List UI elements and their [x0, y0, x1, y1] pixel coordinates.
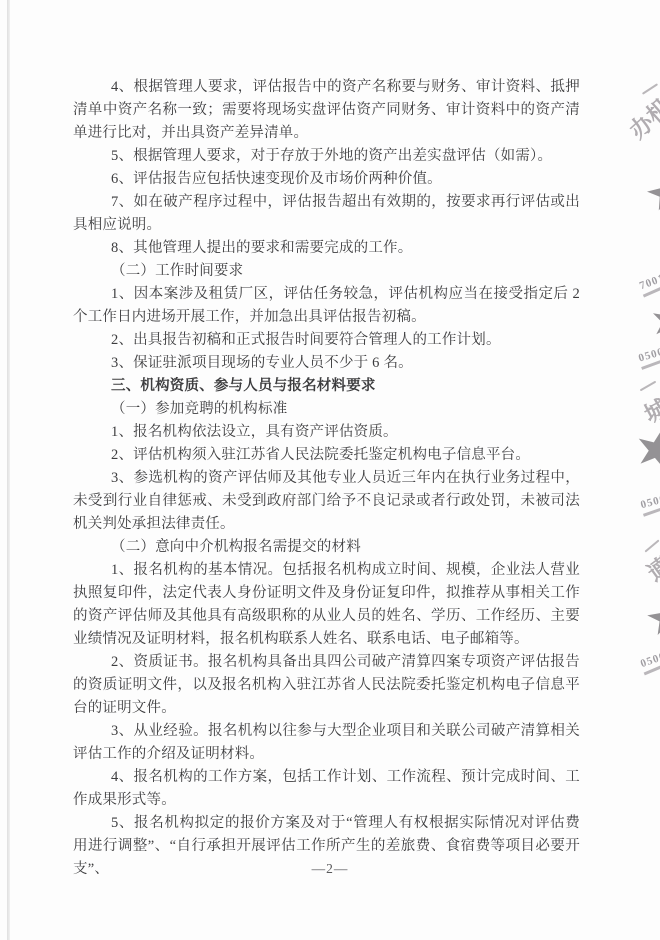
- seal-text-fragment: 城: [638, 390, 660, 430]
- body-paragraph: 3、从业经验。报名机构以往参与大型企业项目和关联公司破产清算相关评估工作的介绍及…: [73, 720, 580, 766]
- body-paragraph: 1、报名机构的基本情况。包括报名机构成立时间、规模，企业法人营业执照复印件，法定…: [73, 559, 580, 651]
- body-paragraph: 4、报名机构的工作方案，包括工作计划、工作流程、预计完成时间、工作成果形式等。: [73, 766, 580, 812]
- seal-text-fragment: 遖: [639, 547, 660, 587]
- body-paragraph: 5、根据管理人要求，对于存放于外地的资产出差实盘评估（如需）。: [73, 145, 580, 168]
- seal-serial-number: 7001: [638, 272, 660, 297]
- body-paragraph: 2、资质证书。报名机构具备出具四公司破产清算四案专项资产评估报告的资质证明文件，…: [73, 651, 580, 720]
- seal-star-icon: ★: [640, 166, 660, 222]
- document-body: 4、根据管理人要求，评估报告中的资产名称要与财务、审计资料、抵押清单中资产名称一…: [73, 76, 580, 881]
- body-paragraph: 4、根据管理人要求，评估报告中的资产名称要与财务、审计资料、抵押清单中资产名称一…: [73, 76, 580, 145]
- seal-star-icon: ★: [645, 296, 660, 347]
- subsection-heading: （二）意向中介机构报名需提交的材料: [73, 536, 580, 559]
- subsection-heading: （二）工作时间要求: [73, 260, 580, 283]
- seal-serial-number: 0500: [639, 650, 660, 675]
- body-paragraph: 1、报名机构依法设立，具有资产评估资质。: [73, 421, 580, 444]
- body-paragraph: 2、评估机构须入驻江苏省人民法院委托鉴定机构电子信息平台。: [73, 444, 580, 467]
- seal-serial-number: 0500: [639, 493, 660, 516]
- seal-arc-mark: [640, 381, 657, 392]
- seal-star-icon: ★: [641, 592, 660, 646]
- seal-arc-mark: [642, 83, 658, 94]
- scanned-document-page: 4、根据管理人要求，评估报告中的资产名称要与财务、审计资料、抵押清单中资产名称一…: [0, 0, 660, 940]
- body-paragraph: 3、参选机构的资产评估师及其他专业人员近三年内在执行业务过程中，未受到行业自律惩…: [73, 467, 580, 536]
- seal-serial-number: 0500: [637, 346, 660, 370]
- body-paragraph: 3、保证驻派项目现场的专业人员不少于 6 名。: [73, 352, 580, 375]
- body-paragraph: 1、因本案涉及租赁厂区，评估任务较急，评估机构应当在接受指定后 2 个工作日内进…: [73, 283, 580, 329]
- seal-arc-mark: [644, 539, 659, 552]
- page-number: —2—: [0, 861, 660, 877]
- seal-star-icon: ★: [628, 419, 660, 482]
- body-paragraph: 7、如在破产程序过程中，评估报告超出有效期的，按要求再行评估或出具相应说明。: [73, 191, 580, 237]
- seal-text-fragment: 办机: [621, 90, 660, 145]
- body-paragraph: 2、出具报告初稿和正式报告时间要符合管理人的工作计划。: [73, 329, 580, 352]
- scan-edge-shadow: [7, 0, 10, 940]
- subsection-heading: （一）参加竞聘的机构标准: [73, 398, 580, 421]
- body-paragraph: 8、其他管理人提出的要求和需要完成的工作。: [73, 237, 580, 260]
- section-heading: 三、机构资质、参与人员与报名材料要求: [73, 375, 580, 398]
- body-paragraph: 6、评估报告应包括快速变现价及市场价两种价值。: [73, 168, 580, 191]
